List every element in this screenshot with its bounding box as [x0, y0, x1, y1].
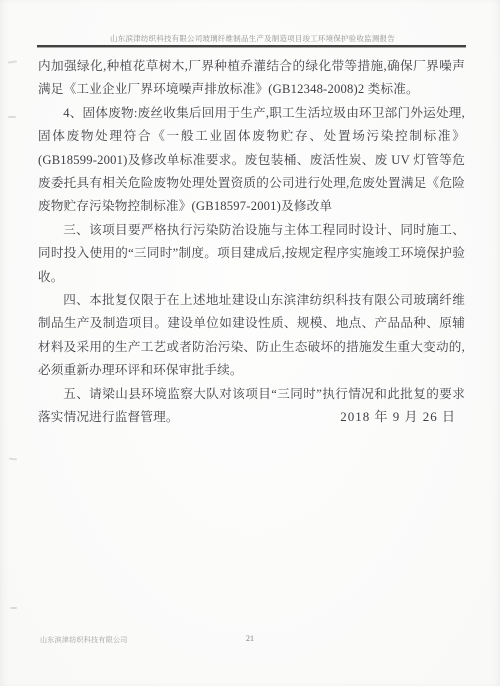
document-date: 2018 年 9 月 26 日 — [340, 406, 456, 425]
document-page: 山东滨津纺织科技有限公司玻璃纤维制品生产及制造项目竣工环境保护验收监测报告 内加… — [0, 0, 500, 686]
paragraph: 内加强绿化,种植花草树木,厂界种植乔灌结合的绿化带等措施,确保厂界噪声满足《工业… — [38, 55, 465, 102]
footer-page-number: 21 — [0, 634, 500, 643]
paragraph: 4、固体废物:废丝收集后回用于生产,职工生活垃圾由环卫部门外运处理,固体废物处理… — [38, 102, 465, 219]
paragraph: 四、本批复仅限于在上述地址建设山东滨津纺织科技有限公司玻璃纤维制品生产及制造项目… — [38, 289, 465, 383]
report-header-title: 山东滨津纺织科技有限公司玻璃纤维制品生产及制造项目竣工环境保护验收监测报告 — [35, 33, 470, 44]
paragraph: 三、该项目要严格执行污染防治设施与主体工程同时设计、同时施工、同时投入使用的“三… — [38, 219, 465, 289]
scan-artifact — [8, 60, 17, 63]
document-body: 内加强绿化,种植花草树木,厂界种植乔灌结合的绿化带等措施,确保厂界噪声满足《工业… — [38, 55, 465, 430]
scan-artifact — [8, 116, 16, 118]
scan-artifact — [10, 607, 17, 609]
header-rule — [37, 45, 466, 48]
scan-artifact — [9, 458, 17, 461]
